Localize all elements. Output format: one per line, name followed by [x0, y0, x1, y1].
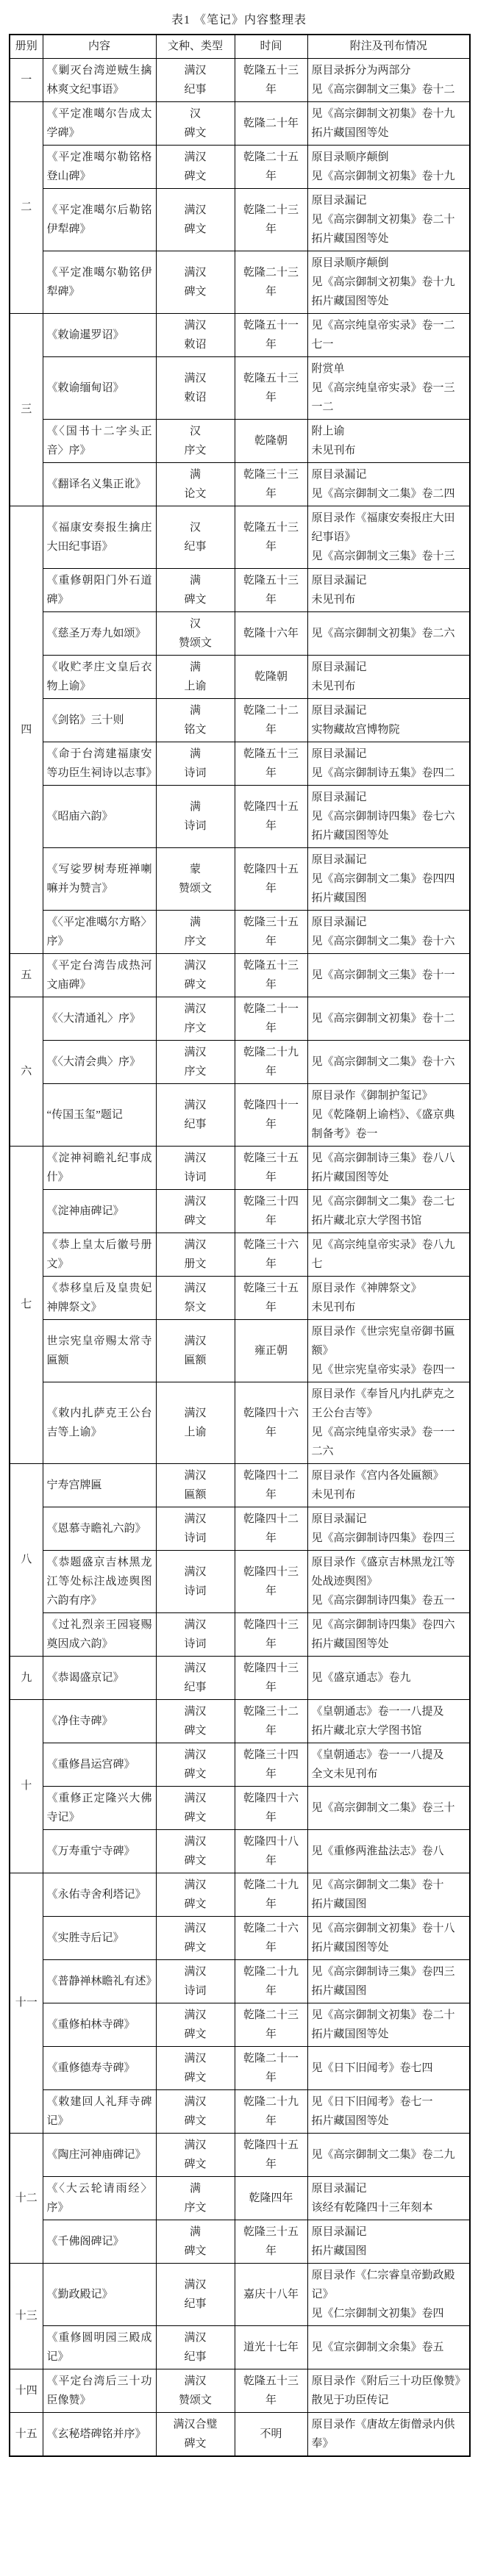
notes-line: 拓片藏北京大学图书馆 [312, 1721, 466, 1740]
time-cell: 乾隆五十三年 [235, 742, 307, 785]
notes-cell: 附上谕未见刊布 [307, 419, 470, 462]
type-cell: 满汉碑文 [156, 1743, 235, 1786]
type-cell: 满碑文 [156, 568, 235, 611]
content-cell: 《恩慕寺瞻礼六韵》 [43, 1507, 156, 1550]
type-line: 诗词 [160, 1529, 231, 1548]
notes-line: 拓片藏国图等处 [312, 1168, 466, 1187]
time-cell: 乾隆四十二年 [235, 1507, 307, 1550]
notes-line: 见《高宗御制文二集》卷二九 [312, 2145, 466, 2164]
content-cell: 《恭题盛京吉林黑龙江等处标注战迹舆图六韵有序》 [43, 1550, 156, 1612]
type-line: 纪事 [160, 1115, 231, 1134]
type-cell: 满汉序文 [156, 997, 235, 1040]
notes-line: 见《高宗御制文二集》卷二四 [312, 484, 466, 503]
type-cell: 汉序文 [156, 419, 235, 462]
content-cell: 《淀神庙碑记》 [43, 1189, 156, 1233]
content-cell: 《过礼烈亲王园寝赐奠因成六韵》 [43, 1612, 156, 1656]
volume-cell: 五 [10, 953, 43, 997]
type-line: 满汉 [160, 1279, 231, 1298]
notes-line: 拓片藏国图等处 [312, 229, 466, 248]
notes-line: 该经有乾隆四十三年刻本 [312, 2198, 466, 2217]
notes-cell: 原目录作《神牌祭文》未见刊布 [307, 1276, 470, 1319]
table-row: 《敕建回人礼拜寺碑记》满汉碑文乾隆二十九年见《日下旧闻考》卷七一拓片藏国图等处 [10, 2089, 470, 2133]
notes-line: 原目录漏记 [312, 571, 466, 590]
table-row: 《千佛阁碑记》满碑文乾隆三十五年原目录漏记拓片藏国图 [10, 2220, 470, 2263]
type-line: 蒙 [160, 860, 231, 879]
content-cell: 《恭上皇太后徽号册文》 [43, 1233, 156, 1276]
content-cell: 《写娑罗树寿班禅喇嘛并为赞言》 [43, 847, 156, 910]
notes-line: 原目录漏记 [312, 658, 466, 677]
table-row: 《实胜寺后记》满汉碑文乾隆二十六年见《高宗御制文初集》卷十八拓片藏国图等处 [10, 1916, 470, 1959]
type-line: 满汉 [160, 1615, 231, 1635]
header-time: 时间 [235, 35, 307, 58]
notes-line: 见《高宗御制文初集》卷二十 [312, 210, 466, 229]
type-line: 满汉 [160, 1192, 231, 1211]
content-cell: 《收贮孝庄文皇后衣物上谕》 [43, 655, 156, 698]
table-row: 《慈圣万寿九如颂》汉赞颂文乾隆十六年见《高宗御制文初集》卷二六 [10, 611, 470, 655]
type-line: 碑文 [160, 1895, 231, 1914]
content-cell: 《重修柏林寺碑》 [43, 2003, 156, 2046]
type-line: 纪事 [160, 2295, 231, 2314]
type-cell: 满汉纪事 [156, 1083, 235, 1146]
time-cell: 乾隆二十一年 [235, 2046, 307, 2089]
type-line: 赞颂文 [160, 879, 231, 898]
notes-cell: 见《高宗御制文二集》卷二九 [307, 2133, 470, 2176]
notes-line: 原目录作《世宗宪皇帝御书匾额》 [312, 1322, 466, 1360]
type-line: 汉 [160, 614, 231, 634]
content-cell: 《翻译名义集正讹》 [43, 462, 156, 506]
type-cell: 满汉上谕 [156, 1382, 235, 1463]
time-cell: 乾隆五十三年 [235, 2369, 307, 2412]
table-row: 《重修德寿寺碑》满汉碑文乾隆二十一年见《日下旧闻考》卷七四 [10, 2046, 470, 2089]
type-cell: 满汉碑文 [156, 1873, 235, 1916]
notes-cell: 见《盛京通志》卷九 [307, 1656, 470, 1699]
notes-line: 见《高宗御制文二集》卷三十 [312, 1798, 466, 1818]
table-row: 《〈大清会典〉序》满汉序文乾隆二十九年见《高宗御制文二集》卷十六 [10, 1040, 470, 1083]
notes-line: 拓片藏国图等处 [312, 826, 466, 845]
volume-cell: 十五 [10, 2412, 43, 2456]
type-line: 满汉 [160, 1563, 231, 1582]
type-cell: 满汉碑文 [156, 2003, 235, 2046]
notes-line: 原目录作《福康安奏报庄大田纪事语》 [312, 509, 466, 547]
table-row: 《敕内扎萨克王公台吉等上谕》满汉上谕乾隆四十六年原目录作《奉旨凡内扎萨克之王公台… [10, 1382, 470, 1463]
notes-cell: 原目录作《仁宗睿皇帝勤政殿记》见《仁宗御制文初集》卷四 [307, 2263, 470, 2325]
table-row: 十四《平定台湾后三十功臣像赞》满汉赞颂文乾隆五十三年原目录作《附后三十功臣像赞》… [10, 2369, 470, 2412]
content-cell: 《〈大清通礼〉序》 [43, 997, 156, 1040]
table-row: 《命于台湾建福康安等功臣生祠诗以志事》满诗词乾隆五十三年原目录漏记见《高宗御制诗… [10, 742, 470, 785]
table-row: 《平定准噶尔勒铭格登山碑》满汉碑文乾隆二十五年原目录顺序颠倒见《高宗御制文初集》… [10, 145, 470, 188]
type-line: 赞颂文 [160, 634, 231, 653]
notes-line: 见《高宗御制诗三集》卷四三 [312, 1962, 466, 1981]
time-cell: 乾隆四十三年 [235, 1656, 307, 1699]
notes-line: 拓片藏国图等处 [312, 1635, 466, 1654]
notes-cell: 原目录漏记实物藏故宫博物院 [307, 698, 470, 742]
time-cell: 乾隆四十五年 [235, 2133, 307, 2176]
type-cell: 满汉祭文 [156, 1276, 235, 1319]
time-cell: 乾隆五十三年 [235, 568, 307, 611]
time-cell: 乾隆二十三年 [235, 188, 307, 251]
notes-cell: 见《高宗御制文初集》卷十二 [307, 997, 470, 1040]
notes-line: 原目录漏记 [312, 745, 466, 764]
notes-line: 原目录漏记 [312, 850, 466, 869]
time-cell: 乾隆二十九年 [235, 1040, 307, 1083]
notes-line: 见《高宗御制文二集》卷十 [312, 1876, 466, 1895]
type-cell: 满汉纪事 [156, 1656, 235, 1699]
notes-cell: 见《高宗御制诗三集》卷八八拓片藏国图等处 [307, 1146, 470, 1189]
type-line: 序文 [160, 1019, 231, 1038]
type-cell: 满汉诗词 [156, 1507, 235, 1550]
notes-cell: 《皇朝通志》卷一一八提及拓片藏北京大学图书馆 [307, 1699, 470, 1743]
content-cell: 《命于台湾建福康安等功臣生祠诗以志事》 [43, 742, 156, 785]
type-cell: 满汉碑文 [156, 251, 235, 313]
volume-cell: 六 [10, 997, 43, 1146]
type-cell: 满论文 [156, 462, 235, 506]
type-line: 满汉 [160, 1000, 231, 1019]
type-cell: 满铭文 [156, 698, 235, 742]
notes-line: 未见刊布 [312, 441, 466, 460]
notes-line: 原目录漏记 [312, 191, 466, 210]
type-line: 碑文 [160, 2112, 231, 2131]
content-cell: 《万寿重宁寺碑》 [43, 1829, 156, 1873]
type-line: 满汉 [160, 1659, 231, 1678]
time-cell: 嘉庆十八年 [235, 2263, 307, 2325]
table-row: 十三《勤政殿记》满汉纪事嘉庆十八年原目录作《仁宗睿皇帝勤政殿记》见《仁宗御制文初… [10, 2263, 470, 2325]
type-cell: 满汉纪事 [156, 58, 235, 101]
type-cell: 满诗词 [156, 785, 235, 847]
notes-cell: 原目录漏记见《高宗御制文二集》卷二四 [307, 462, 470, 506]
type-line: 满汉 [160, 1149, 231, 1168]
table-row: 《昭庙六韵》满诗词乾隆四十五年原目录漏记见《高宗御制诗四集》卷七六拓片藏国图等处 [10, 785, 470, 847]
content-cell: 《实胜寺后记》 [43, 1916, 156, 1959]
content-cell: 《平定准噶尔勒铭伊犁碑》 [43, 251, 156, 313]
type-line: 满汉 [160, 1789, 231, 1808]
type-cell: 满汉碑文 [156, 188, 235, 251]
type-line: 碑文 [160, 975, 231, 994]
notes-cell: 原目录顺序颠倒见《高宗御制文初集》卷十九 [307, 145, 470, 188]
content-cell: 《敕谕暹罗诏》 [43, 313, 156, 356]
table-row: 《重修朝阳门外石道碑》满碑文乾隆五十三年原目录漏记未见刊布 [10, 568, 470, 611]
document-page: 表1 《笔记》内容整理表 册别 内容 文种、类型 时间 附注及刊布情况 一《剿灭… [0, 0, 478, 2469]
time-cell: 乾隆三十四年 [235, 1189, 307, 1233]
notes-line: 拓片藏北京大学图书馆 [312, 1211, 466, 1230]
notes-cell: 原目录作《宫内各处匾额》未见刊布 [307, 1463, 470, 1507]
table-row: 世宗宪皇帝赐太常寺匾额满汉匾额雍正朝原目录作《世宗宪皇帝御书匾额》见《世宗宪皇帝… [10, 1319, 470, 1382]
notes-line: 见《高宗御制文三集》卷十一 [312, 966, 466, 985]
notes-cell: 见《高宗御制诗四集》卷四六拓片藏国图等处 [307, 1612, 470, 1656]
time-cell: 道光十七年 [235, 2325, 307, 2369]
table-row: 《恭上皇太后徽号册文》满汉册文乾隆三十六年见《高宗纯皇帝实录》卷八九七 [10, 1233, 470, 1276]
notes-line: 见《高宗御制诗三集》卷八八 [312, 1149, 466, 1168]
content-cell: 《平定台湾告成热河文庙碑》 [43, 953, 156, 997]
notes-cell: 见《日下旧闻考》卷七四 [307, 2046, 470, 2089]
volume-cell: 七 [10, 1146, 43, 1463]
notes-line: 见《高宗御制文二集》卷二七 [312, 1192, 466, 1211]
biji-content-table: 册别 内容 文种、类型 时间 附注及刊布情况 一《剿灭台湾逆贼生擒林爽文纪事语》… [9, 34, 471, 2457]
time-cell: 乾隆四十一年 [235, 1083, 307, 1146]
volume-cell: 十二 [10, 2133, 43, 2263]
notes-line: 见《高宗御制文初集》卷十九 [312, 104, 466, 123]
type-line: 满 [160, 571, 231, 590]
volume-cell: 四 [10, 506, 43, 953]
type-line: 满 [160, 658, 231, 677]
table-row: 《写娑罗树寿班禅喇嘛并为赞言》蒙赞颂文乾隆四十五年原目录漏记见《高宗御制文二集》… [10, 847, 470, 910]
type-line: 诗词 [160, 1582, 231, 1601]
type-line: 碑文 [160, 2025, 231, 2044]
type-cell: 满汉碑文 [156, 145, 235, 188]
notes-cell: 原目录作《唐故左街僧录内供奉》 [307, 2412, 470, 2456]
notes-line: 见《日下旧闻考》卷七一 [312, 2092, 466, 2112]
type-line: 满汉 [160, 2136, 231, 2155]
volume-cell: 一 [10, 58, 43, 101]
notes-line: 原目录顺序颠倒 [312, 254, 466, 273]
type-cell: 满汉纪事 [156, 2263, 235, 2325]
table-row: 八宁寿宫牌匾满汉匾额乾隆四十二年原目录作《宫内各处匾额》未见刊布 [10, 1463, 470, 1507]
notes-line: 附赏单 [312, 359, 466, 378]
time-cell: 乾隆三十二年 [235, 1699, 307, 1743]
notes-line: 原目录作《神牌祭文》 [312, 1279, 466, 1298]
notes-cell: 见《日下旧闻考》卷七一拓片藏国图等处 [307, 2089, 470, 2133]
table-row: 《重修正定隆兴大佛寺记》满汉碑文乾隆四十六年见《高宗御制文二集》卷三十 [10, 1786, 470, 1829]
type-cell: 满汉碑文 [156, 1189, 235, 1233]
notes-line: 《皇朝通志》卷一一八提及 [312, 1746, 466, 1765]
time-cell: 乾隆三十五年 [235, 2220, 307, 2263]
type-line: 敕诏 [160, 388, 231, 407]
notes-line: 未见刊布 [312, 590, 466, 609]
notes-line: 见《宣宗御制文余集》卷五 [312, 2338, 466, 2357]
notes-cell: 原目录作《盛京吉林黑龙江等处战迹舆图》见《高宗御制诗四集》卷五一 [307, 1550, 470, 1612]
type-line: 满汉 [160, 1235, 231, 1255]
notes-cell: 原目录作《奉旨凡内扎萨克之王公台吉等》见《高宗纯皇帝实录》卷一一二六 [307, 1382, 470, 1463]
time-cell: 乾隆二十三年 [235, 2003, 307, 2046]
type-line: 论文 [160, 484, 231, 503]
type-cell: 满汉诗词 [156, 1146, 235, 1189]
table-row: 《平定准噶尔勒铭伊犁碑》满汉碑文乾隆二十三年原目录顺序颠倒见《高宗御制文初集》卷… [10, 251, 470, 313]
notes-cell: 原目录作《世宗宪皇帝御书匾额》见《世宗宪皇帝实录》卷四一 [307, 1319, 470, 1382]
header-row: 册别 内容 文种、类型 时间 附注及刊布情况 [10, 35, 470, 58]
table-row: 《平定准噶尔后勒铭伊犁碑》满汉碑文乾隆二十三年原目录漏记见《高宗御制文初集》卷二… [10, 188, 470, 251]
table-row: 《重修柏林寺碑》满汉碑文乾隆二十三年见《高宗御制文初集》卷二十拓片藏国图等处 [10, 2003, 470, 2046]
notes-line: 见《高宗御制诗四集》卷五一 [312, 1591, 466, 1610]
time-cell: 乾隆四十三年 [235, 1612, 307, 1656]
notes-cell: 见《高宗御制文初集》卷十九拓片藏国图等处 [307, 101, 470, 145]
notes-line: 拓片藏国图等处 [312, 2025, 466, 2044]
header-notes: 附注及刊布情况 [307, 35, 470, 58]
time-cell: 乾隆四十三年 [235, 1550, 307, 1612]
time-cell: 乾隆四十五年 [235, 847, 307, 910]
table-row: 《恭题盛京吉林黑龙江等处标注战迹舆图六韵有序》满汉诗词乾隆四十三年原目录作《盛京… [10, 1550, 470, 1612]
notes-line: 见《重修两淮盐法志》卷八 [312, 1842, 466, 1861]
type-line: 诗词 [160, 1168, 231, 1187]
time-cell: 乾隆朝 [235, 655, 307, 698]
table-row: 《〈国书十二字头正音〉序》汉序文乾隆朝附上谕未见刊布 [10, 419, 470, 462]
content-cell: 《慈圣万寿九如颂》 [43, 611, 156, 655]
type-line: 满 [160, 913, 231, 932]
notes-line: 原目录作《御制护玺记》 [312, 1086, 466, 1105]
content-cell: 《净住寺碑》 [43, 1699, 156, 1743]
notes-line: 见《高宗御制文初集》卷十九 [312, 167, 466, 186]
notes-line: 见《高宗御制文三集》卷十三 [312, 547, 466, 566]
time-cell: 乾隆二十二年 [235, 698, 307, 742]
content-cell: 《〈国书十二字头正音〉序》 [43, 419, 156, 462]
table-row: 三《敕谕暹罗诏》满汉敕诏乾隆五十一年见《高宗纯皇帝实录》卷一二七一 [10, 313, 470, 356]
content-cell: 《敕谕缅甸诏》 [43, 356, 156, 419]
notes-line: 拓片藏国图等处 [312, 292, 466, 311]
content-cell: 《重修德寿寺碑》 [43, 2046, 156, 2089]
type-line: 满汉 [160, 956, 231, 975]
type-line: 满汉 [160, 1096, 231, 1115]
table-row: 六《〈大清通礼〉序》满汉序文乾隆二十一年见《高宗御制文初集》卷十二 [10, 997, 470, 1040]
type-line: 诗词 [160, 1635, 231, 1654]
type-line: 满汉 [160, 2275, 231, 2295]
notes-line: 见《盛京通志》卷九 [312, 1668, 466, 1687]
type-cell: 汉纪事 [156, 506, 235, 568]
content-cell: 《剑铭》三十则 [43, 698, 156, 742]
notes-cell: 见《高宗御制文二集》卷十拓片藏国图 [307, 1873, 470, 1916]
table-row: 《恭移皇后及皇贵妃神牌祭文》满汉祭文乾隆三十五年原目录作《神牌祭文》未见刊布 [10, 1276, 470, 1319]
content-cell: 《〈平定准噶尔方略〉序》 [43, 910, 156, 953]
notes-cell: 原目录漏记见《高宗御制文二集》卷四四拓片藏国图 [307, 847, 470, 910]
table-row: 《万寿重宁寺碑》满汉碑文乾隆四十八年见《重修两淮盐法志》卷八 [10, 1829, 470, 1873]
notes-line: 见《高宗御制诗四集》卷七六 [312, 807, 466, 826]
notes-line: 见《高宗纯皇帝实录》卷一三一二 [312, 378, 466, 417]
volume-cell: 二 [10, 101, 43, 313]
time-cell: 乾隆五十三年 [235, 356, 307, 419]
type-line: 满汉 [160, 201, 231, 220]
time-cell: 乾隆四年 [235, 2176, 307, 2220]
type-cell: 满汉碑文 [156, 1916, 235, 1959]
type-line: 满汉 [160, 263, 231, 282]
time-cell: 乾隆二十九年 [235, 1959, 307, 2003]
notes-line: 见《高宗御制文二集》卷十六 [312, 932, 466, 951]
notes-cell: 原目录漏记该经有乾隆四十三年刻本 [307, 2176, 470, 2220]
content-cell: 世宗宪皇帝赐太常寺匾额 [43, 1319, 156, 1382]
notes-line: 原目录漏记 [312, 465, 466, 484]
type-cell: 满诗词 [156, 742, 235, 785]
type-line: 碑文 [160, 590, 231, 609]
notes-line: 原目录漏记 [312, 701, 466, 720]
notes-line: 拓片藏国图等处 [312, 1938, 466, 1957]
notes-line: 见《世宗宪皇帝实录》卷四一 [312, 1360, 466, 1380]
volume-cell: 十 [10, 1699, 43, 1873]
type-cell: 满汉诗词 [156, 1959, 235, 2003]
notes-cell: 原目录拆分为两部分见《高宗御制文三集》卷十二 [307, 58, 470, 101]
content-cell: 《陶庄河神庙碑记》 [43, 2133, 156, 2176]
notes-cell: 原目录作《福康安奏报庄大田纪事语》见《高宗御制文三集》卷十三 [307, 506, 470, 568]
notes-line: 原目录拆分为两部分 [312, 61, 466, 80]
type-line: 碑文 [160, 2068, 231, 2087]
content-cell: 《〈大云轮请雨经〉序》 [43, 2176, 156, 2220]
content-cell: 《重修昌运宫碑》 [43, 1743, 156, 1786]
notes-line: 拓片藏国图 [312, 889, 466, 908]
type-line: 满汉 [160, 61, 231, 80]
notes-cell: 见《高宗御制文二集》卷十六 [307, 1040, 470, 1083]
type-cell: 满碑文 [156, 2220, 235, 2263]
time-cell: 乾隆三十四年 [235, 1743, 307, 1786]
type-line: 满汉 [160, 2328, 231, 2347]
type-line: 碑文 [160, 1721, 231, 1740]
notes-line: 见《高宗纯皇帝实录》卷一二七一 [312, 316, 466, 354]
notes-cell: 原目录作《附后三十功臣像赞》散见于功臣传记 [307, 2369, 470, 2412]
notes-cell: 原目录漏记拓片藏国图 [307, 2220, 470, 2263]
time-cell: 乾隆二十九年 [235, 1873, 307, 1916]
content-cell: 《敕内扎萨克王公台吉等上谕》 [43, 1382, 156, 1463]
type-line: 碑文 [160, 167, 231, 186]
type-cell: 满汉匾额 [156, 1319, 235, 1382]
notes-line: 未见刊布 [312, 677, 466, 696]
time-cell: 乾隆四十八年 [235, 1829, 307, 1873]
volume-cell: 八 [10, 1463, 43, 1656]
content-cell: 《恭移皇后及皇贵妃神牌祭文》 [43, 1276, 156, 1319]
type-line: 敕诏 [160, 335, 231, 354]
type-line: 满汉 [160, 1404, 231, 1423]
type-line: 满汉 [160, 148, 231, 167]
time-cell: 乾隆二十九年 [235, 2089, 307, 2133]
volume-cell: 十一 [10, 1873, 43, 2133]
content-cell: “传国玉玺”题记 [43, 1083, 156, 1146]
notes-line: 拓片藏国图 [312, 1895, 466, 1914]
notes-line: 附上谕 [312, 422, 466, 441]
type-line: 碑文 [160, 123, 231, 143]
type-cell: 蒙赞颂文 [156, 847, 235, 910]
type-line: 满 [160, 2222, 231, 2242]
notes-line: 实物藏故宫博物院 [312, 720, 466, 739]
type-line: 碑文 [160, 1765, 231, 1784]
type-cell: 满汉碑文 [156, 1829, 235, 1873]
notes-line: 见《高宗御制文三集》卷十二 [312, 80, 466, 99]
time-cell: 乾隆二十年 [235, 101, 307, 145]
type-line: 碑文 [160, 2242, 231, 2261]
time-cell: 乾隆五十三年 [235, 58, 307, 101]
notes-cell: 原目录漏记未见刊布 [307, 568, 470, 611]
type-line: 满汉 [160, 1746, 231, 1765]
notes-line: 见《高宗御制文初集》卷二六 [312, 624, 466, 643]
notes-line: 原目录漏记 [312, 2222, 466, 2242]
volume-cell: 九 [10, 1656, 43, 1699]
content-cell: 《淀神祠瞻礼纪事成什》 [43, 1146, 156, 1189]
type-cell: 满序文 [156, 910, 235, 953]
content-cell: 《平定准噶尔勒铭格登山碑》 [43, 145, 156, 188]
type-line: 满汉合璧 [160, 2415, 231, 2434]
content-cell: 《平定准噶尔后勒铭伊犁碑》 [43, 188, 156, 251]
table-row: 《剑铭》三十则满铭文乾隆二十二年原目录漏记实物藏故宫博物院 [10, 698, 470, 742]
type-line: 汉 [160, 422, 231, 441]
time-cell: 乾隆二十六年 [235, 1916, 307, 1959]
type-line: 满 [160, 2179, 231, 2198]
type-line: 满汉 [160, 1832, 231, 1851]
notes-line: 未见刊布 [312, 1485, 466, 1504]
type-line: 满汉 [160, 1962, 231, 1981]
type-line: 满汉 [160, 1043, 231, 1062]
type-line: 匾额 [160, 1351, 231, 1370]
content-cell: 《重修圆明园三殿成记》 [43, 2325, 156, 2369]
table-row: 十《净住寺碑》满汉碑文乾隆三十二年《皇朝通志》卷一一八提及拓片藏北京大学图书馆 [10, 1699, 470, 1743]
table-row: 《翻译名义集正讹》满论文乾隆三十三年原目录漏记见《高宗御制文二集》卷二四 [10, 462, 470, 506]
type-line: 碑文 [160, 2434, 231, 2453]
content-cell: 《千佛阁碑记》 [43, 2220, 156, 2263]
notes-line: 拓片藏国图 [312, 2242, 466, 2261]
volume-cell: 三 [10, 313, 43, 506]
type-line: 纪事 [160, 1678, 231, 1697]
type-line: 序文 [160, 932, 231, 951]
time-cell: 乾隆四十二年 [235, 1463, 307, 1507]
type-line: 碑文 [160, 220, 231, 239]
notes-line: 见《仁宗御制文初集》卷四 [312, 2304, 466, 2323]
table-row: 《〈平定准噶尔方略〉序》满序文乾隆三十五年原目录漏记见《高宗御制文二集》卷十六 [10, 910, 470, 953]
table-row: 十二《陶庄河神庙碑记》满汉碑文乾隆四十五年见《高宗御制文二集》卷二九 [10, 2133, 470, 2176]
notes-line: 见《高宗御制文二集》卷十六 [312, 1052, 466, 1072]
type-line: 满汉 [160, 1332, 231, 1351]
table-row: 十五《玄秘塔碑铭并序》满汉合璧碑文不明原目录作《唐故左街僧录内供奉》 [10, 2412, 470, 2456]
notes-line: 原目录作《唐故左街僧录内供奉》 [312, 2415, 466, 2453]
